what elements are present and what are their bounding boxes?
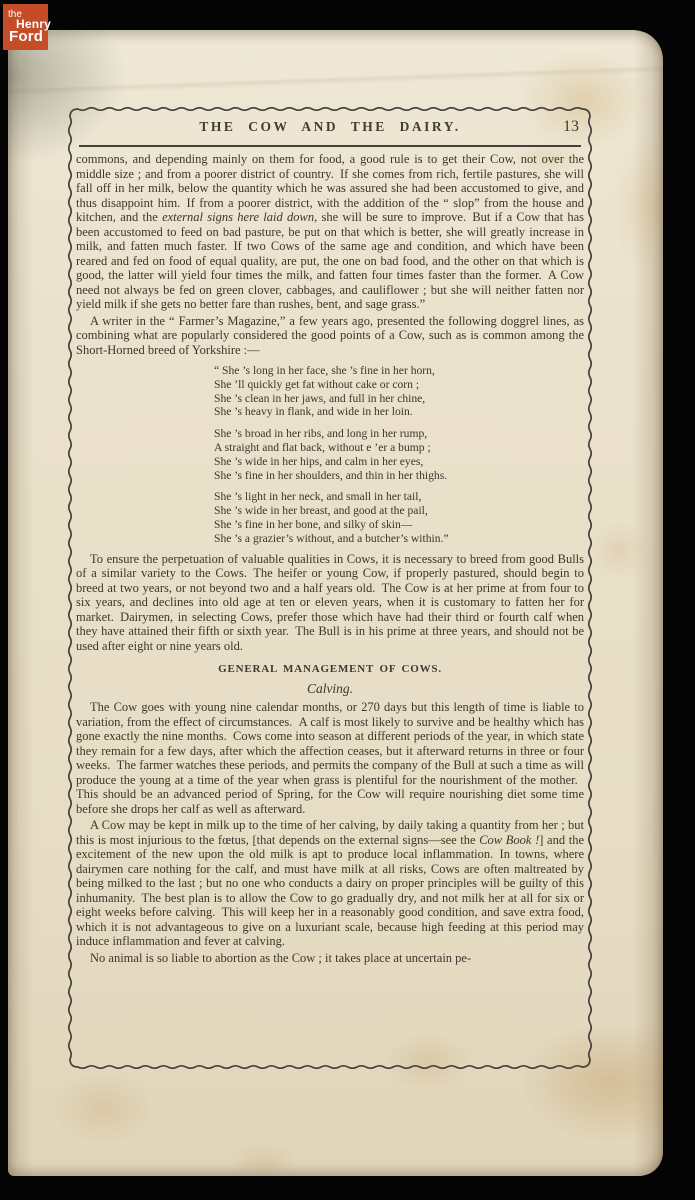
poem-line: She ’s broad in her ribs, and long in he… bbox=[214, 427, 584, 441]
poem-line: “ She ’s long in her face, she ’s fine i… bbox=[214, 364, 584, 378]
poem-line: She ’s light in her neck, and small in h… bbox=[214, 490, 584, 504]
poem-stanza: “ She ’s long in her face, she ’s fine i… bbox=[214, 364, 584, 419]
header-rule bbox=[79, 145, 581, 147]
poem-line: She ’s clean in her jaws, and full in he… bbox=[214, 392, 584, 406]
section-heading: GENERAL MANAGEMENT OF COWS. bbox=[76, 662, 584, 677]
poem: “ She ’s long in her face, she ’s fine i… bbox=[214, 364, 584, 546]
paragraph: The Cow goes with young nine calendar mo… bbox=[76, 700, 584, 816]
paragraph: A Cow may be kept in milk up to the time… bbox=[76, 818, 584, 949]
paragraph: No animal is so liable to abortion as th… bbox=[76, 951, 584, 966]
poem-line: She ’ll quickly get fat without cake or … bbox=[214, 378, 584, 392]
poem-stanza: She ’s light in her neck, and small in h… bbox=[214, 490, 584, 545]
poem-line: A straight and flat back, without e ’er … bbox=[214, 441, 584, 455]
page-title: THE COW AND THE DAIRY. bbox=[75, 119, 585, 135]
paragraph: commons, and depending mainly on them fo… bbox=[76, 152, 584, 312]
poem-line: She ’s fine in her shoulders, and thin i… bbox=[214, 469, 584, 483]
poem-line: She ’s fine in her bone, and silky of sk… bbox=[214, 518, 584, 532]
page-number: 13 bbox=[563, 118, 579, 136]
logo-text-ford: Ford bbox=[9, 30, 48, 44]
frame-content: THE COW AND THE DAIRY. 13 commons, and d… bbox=[75, 116, 585, 1060]
book-page: THE COW AND THE DAIRY. 13 commons, and d… bbox=[8, 30, 663, 1176]
poem-stanza: She ’s broad in her ribs, and long in he… bbox=[214, 427, 584, 482]
paragraph: A writer in the “ Farmer’s Magazine,” a … bbox=[76, 314, 584, 358]
poem-line: She ’s wide in her breast, and good at t… bbox=[214, 504, 584, 518]
poem-line: She ’s a grazier’s without, and a butche… bbox=[214, 532, 584, 546]
paragraph: To ensure the perpetuation of valuable q… bbox=[76, 552, 584, 654]
subsection-heading: Calving. bbox=[76, 682, 584, 697]
scan-viewer: THE COW AND THE DAIRY. 13 commons, and d… bbox=[0, 0, 695, 1200]
poem-line: She ’s heavy in flank, and wide in her l… bbox=[214, 405, 584, 419]
body-text: commons, and depending mainly on them fo… bbox=[75, 152, 585, 965]
page-ruled-frame: THE COW AND THE DAIRY. 13 commons, and d… bbox=[68, 107, 592, 1069]
poem-line: She ’s wide in her hips, and calm in her… bbox=[214, 455, 584, 469]
running-head: THE COW AND THE DAIRY. 13 bbox=[75, 119, 585, 143]
henry-ford-logo: the Henry Ford bbox=[3, 4, 48, 50]
